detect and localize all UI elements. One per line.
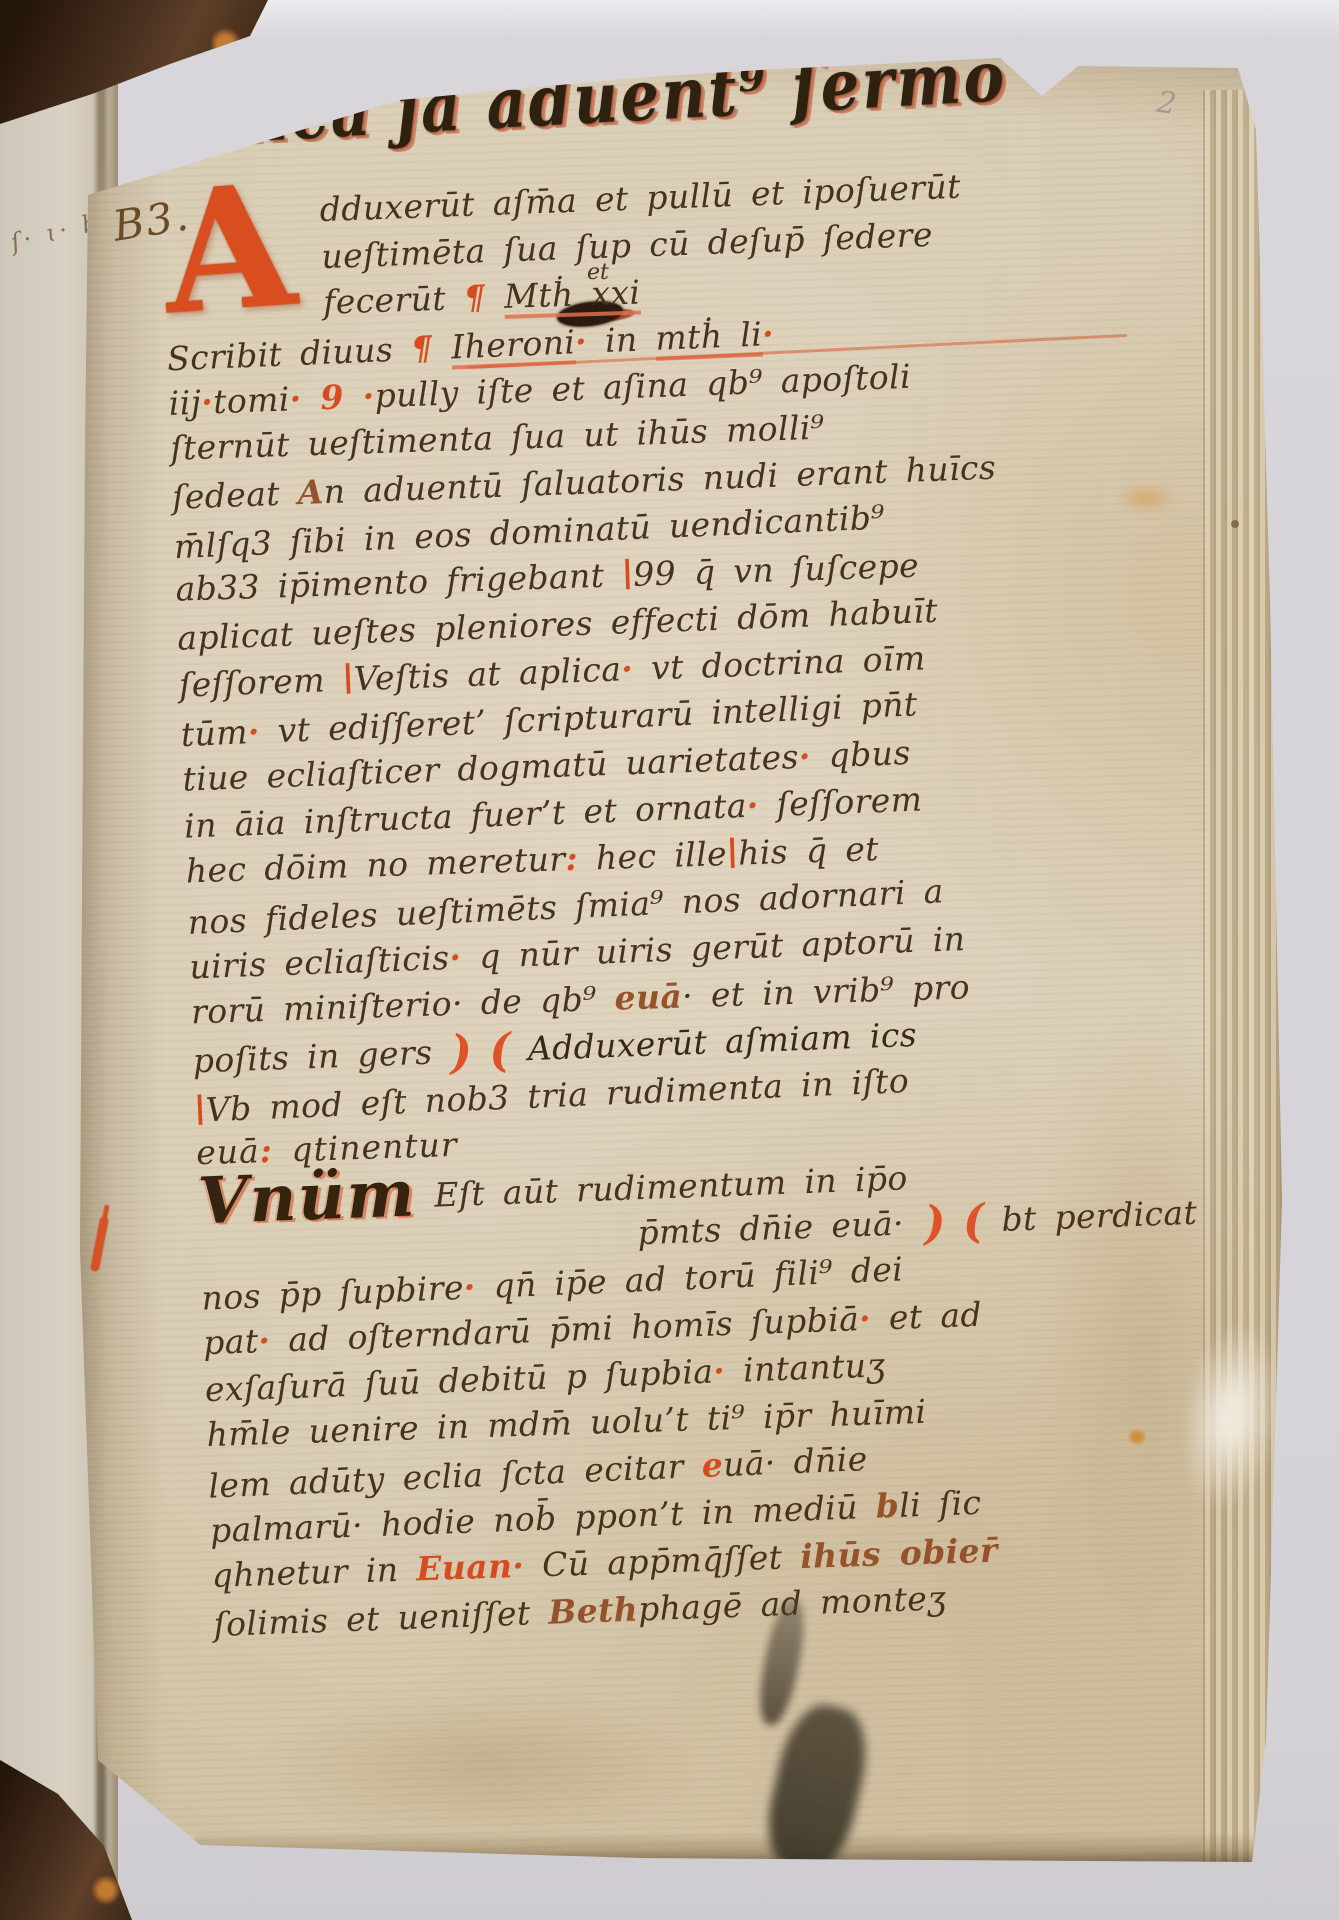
text-segment: nos p̄p ſupbire bbox=[201, 1268, 465, 1318]
text-segment: ueſtimēta ſua ſup bbox=[321, 226, 632, 276]
text-segment: uiris ecliaſticis bbox=[189, 938, 450, 987]
lombard-initial: A bbox=[159, 184, 323, 291]
text-segment: rorū miniſterio· de qb⁹ bbox=[190, 979, 615, 1032]
manuscript-photo: ſ· ɩ· b Dñica ja aduent⁹ ſermo 2 B3. et … bbox=[0, 0, 1339, 1920]
text-segment: hec ille bbox=[577, 834, 727, 878]
text-segment: hec dōim no meretur bbox=[185, 839, 566, 890]
text-segment: cū deſup̄ ſedere bbox=[631, 215, 934, 265]
text-segment: iij bbox=[168, 383, 202, 423]
text-segment: ſeſſorem bbox=[758, 780, 923, 825]
text-segment: intantuʒ bbox=[724, 1345, 886, 1390]
text-segment: · 9 · bbox=[289, 376, 375, 418]
text-segment: uā· dn̄ie bbox=[722, 1439, 868, 1484]
text-segment: 99 q̄ vn ſuſcepe bbox=[633, 546, 920, 594]
text-segment: euā bbox=[196, 1131, 261, 1172]
text-segment: ſeſſorem bbox=[178, 660, 343, 705]
text-segment: his q̄ et bbox=[737, 829, 879, 873]
text-segment: Cū app̄mq̄ſſet bbox=[524, 1537, 801, 1585]
body-lines: dduxerūt aſm̄a et pullū et ipoſuerūtueſt… bbox=[161, 157, 1174, 1648]
text-segment: Euan· bbox=[416, 1546, 525, 1588]
text-segment: ſolimis et ueniſſet bbox=[213, 1593, 549, 1644]
text-segment: qhnetur in bbox=[211, 1549, 417, 1595]
text-segment: A bbox=[297, 472, 324, 512]
text-segment: ihūs obier̄ bbox=[800, 1531, 999, 1576]
page-bottom-edge bbox=[195, 1832, 1270, 1862]
text-segment: b bbox=[875, 1486, 900, 1526]
text-segment: pat bbox=[202, 1321, 259, 1362]
text-segment: ſedeat bbox=[171, 473, 298, 517]
text-segment: p̄mts dn̄ie euā· bbox=[637, 1203, 905, 1252]
text-segment: Veſtis at aplica bbox=[353, 649, 622, 698]
manuscript-text-block: A dduxerūt aſm̄a et pullū et ipoſuerūtue… bbox=[161, 157, 1174, 1648]
text-segment: tūm bbox=[180, 712, 249, 754]
text-segment: bt perdicat bbox=[1001, 1193, 1198, 1239]
text-segment: poſits in gers bbox=[192, 1032, 451, 1080]
worn-edge-patch bbox=[1170, 1316, 1292, 1518]
text-segment: li ſic bbox=[898, 1483, 982, 1525]
text-segment: qbus bbox=[810, 733, 911, 776]
text-segment: ) ( bbox=[449, 1022, 528, 1079]
text-segment: ¶ bbox=[463, 277, 505, 317]
text-segment: euā bbox=[614, 977, 683, 1018]
text-segment: : bbox=[259, 1131, 273, 1170]
text-segment: ¶ bbox=[410, 328, 452, 369]
text-segment: e bbox=[701, 1445, 724, 1485]
page-block-fore-edge bbox=[1203, 90, 1283, 1865]
manuscript-page: Dñica ja aduent⁹ ſermo 2 B3. et A dduxer… bbox=[75, 50, 1310, 1875]
text-segment: qtinentur bbox=[272, 1125, 458, 1170]
text-segment: fecerūt bbox=[323, 278, 465, 322]
text-segment: Scribit diuus bbox=[166, 329, 411, 378]
text-segment: et ad bbox=[870, 1295, 982, 1338]
text-segment: mtḣ li bbox=[655, 314, 763, 357]
leather-binding-top-left bbox=[0, 0, 272, 128]
text-segment: tomi bbox=[212, 379, 290, 421]
text-segment: Iheroni bbox=[450, 322, 576, 366]
text-segment: Mtḣ xxi bbox=[503, 272, 641, 315]
text-segment: vt doctrina oīm bbox=[632, 638, 926, 688]
text-segment: in bbox=[586, 319, 656, 361]
text-segment: Beth bbox=[548, 1589, 639, 1631]
text-segment: · et in vrib⁹ pro bbox=[681, 967, 970, 1015]
text-segment: · bbox=[761, 314, 775, 353]
